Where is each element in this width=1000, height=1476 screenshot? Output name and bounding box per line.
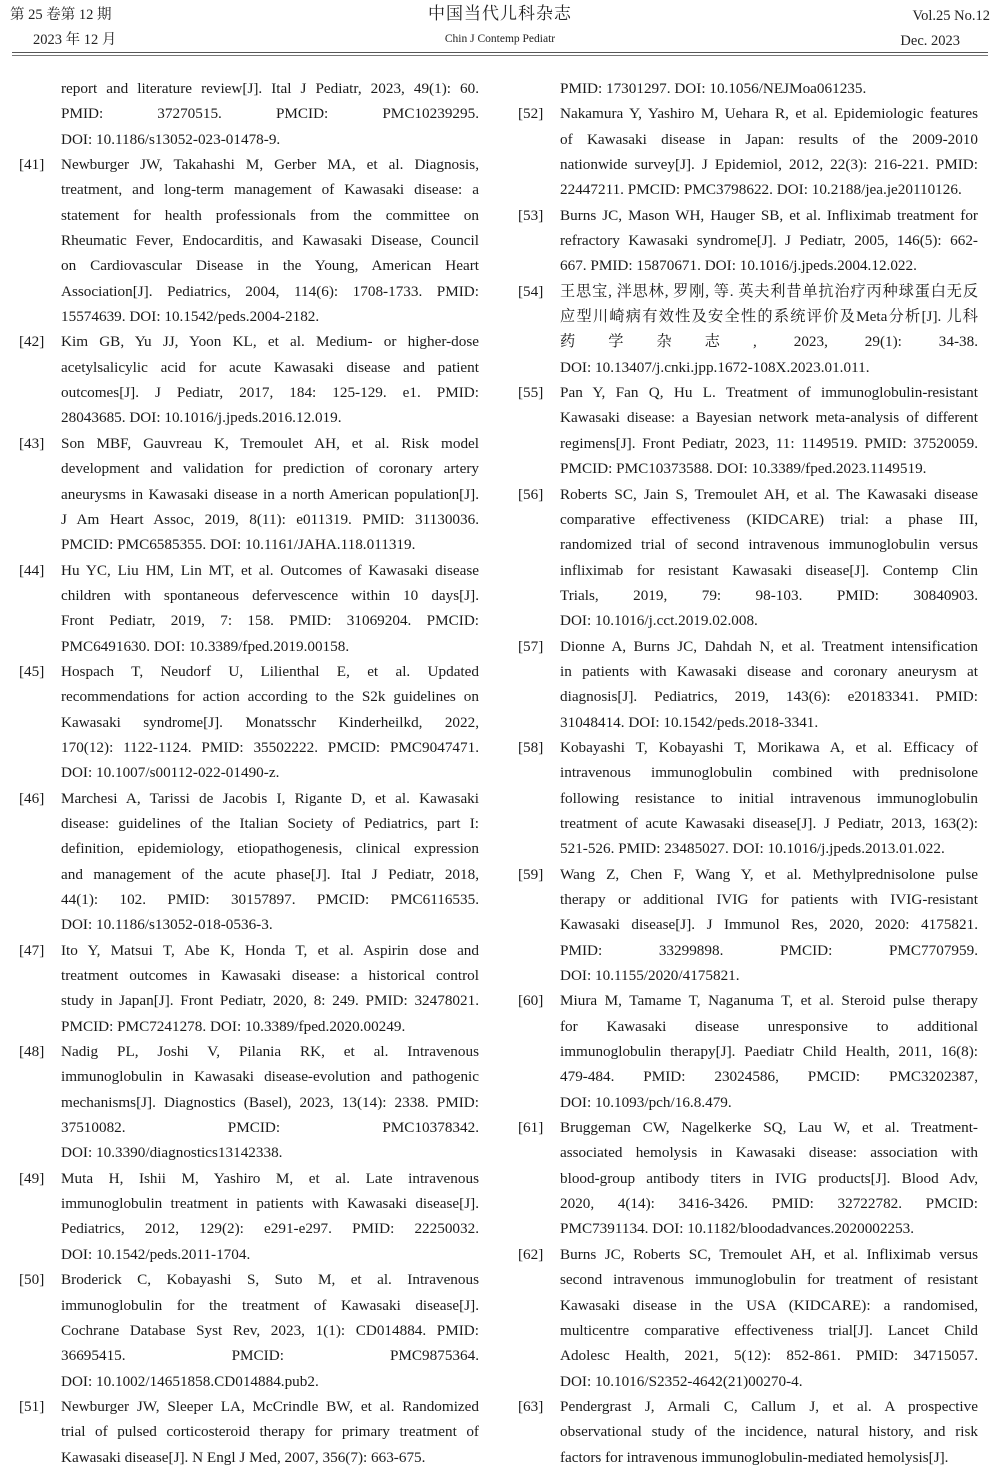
reference-line: Pediatrics, 2012, 129(2): e291-e297. PMI…	[61, 1216, 479, 1241]
reference-line: DOI: 10.1093/pch/16.8.479.	[560, 1090, 978, 1115]
reference-line: comparative effectiveness (KIDCARE) tria…	[560, 507, 978, 532]
reference-item: [56]Roberts SC, Jain S, Tremoulet AH, et…	[518, 482, 978, 634]
reference-line: DOI: 10.1542/peds.2011-1704.	[61, 1242, 479, 1267]
reference-line: treatment outcomes in Kawasaki disease: …	[61, 963, 479, 988]
reference-line: PMCID: PMC10373588. DOI: 10.3389/fped.20…	[560, 456, 978, 481]
reference-number: [43]	[19, 431, 59, 456]
reference-item: PMID: 17301297. DOI: 10.1056/NEJMoa06123…	[518, 76, 978, 101]
reference-line: multicentre comparative effectiveness tr…	[560, 1318, 978, 1343]
journal-title-cn: 中国当代儿科杂志	[0, 5, 1000, 23]
reference-line: DOI: 10.1186/s13052-023-01478-9.	[61, 127, 479, 152]
volume-issue-en: Vol.25 No.12	[913, 7, 990, 25]
reference-line: Broderick C, Kobayashi S, Suto M, et al.…	[61, 1267, 479, 1292]
reference-line: DOI: 10.1016/j.cct.2019.02.008.	[560, 608, 978, 633]
reference-line: Dionne A, Burns JC, Dahdah N, et al. Tre…	[560, 634, 978, 659]
reference-line: DOI: 10.1186/s13052-018-0536-3.	[61, 912, 479, 937]
reference-number: [54]	[518, 279, 558, 304]
reference-line: DOI: 10.3390/diagnostics13142338.	[61, 1140, 479, 1165]
reference-line: infliximab for resistant Kawasaki diseas…	[560, 558, 978, 583]
reference-line: Son MBF, Gauvreau K, Tremoulet AH, et al…	[61, 431, 479, 456]
date-en: Dec. 2023	[900, 32, 960, 50]
reference-item: [46]Marchesi A, Tarissi de Jacobis I, Ri…	[19, 786, 479, 938]
reference-item: [41]Newburger JW, Takahashi M, Gerber MA…	[19, 152, 479, 329]
reference-line: diagnosis[J]. Pediatrics, 2019, 143(6): …	[560, 684, 978, 709]
reference-line: blood-group antibody titers in IVIG prod…	[560, 1166, 978, 1191]
reference-line: Miura M, Tamame T, Naganuma T, et al. St…	[560, 988, 978, 1013]
reference-line: PMID: 33299898. PMCID: PMC7707959.	[560, 938, 978, 963]
header-rule-thick	[12, 52, 988, 53]
reference-line: 667. PMID: 15870671. DOI: 10.1016/j.jped…	[560, 253, 978, 278]
reference-line: Pendergrast J, Armali C, Callum J, et al…	[560, 1394, 978, 1419]
reference-line: PMC6491630. DOI: 10.3389/fped.2019.00158…	[61, 634, 479, 659]
reference-item: [62]Burns JC, Roberts SC, Tremoulet AH, …	[518, 1242, 978, 1394]
reference-line: following resistance to initial intraven…	[560, 786, 978, 811]
reference-number: [44]	[19, 558, 59, 583]
reference-line: Kim GB, Yu JJ, Yoon KL, et al. Medium- o…	[61, 329, 479, 354]
reference-line: 31048414. DOI: 10.1542/peds.2018-3341.	[560, 710, 978, 735]
reference-item: [48]Nadig PL, Joshi V, Pilania RK, et al…	[19, 1039, 479, 1166]
reference-item: [52]Nakamura Y, Yashiro M, Uehara R, et …	[518, 101, 978, 202]
reference-item: [44]Hu YC, Liu HM, Lin MT, et al. Outcom…	[19, 558, 479, 659]
reference-line: regimens[J]. Front Pediatr, 2023, 11: 11…	[560, 431, 978, 456]
reference-line: report and literature review[J]. Ital J …	[61, 76, 479, 101]
reference-number: [55]	[518, 380, 558, 405]
reference-line: disease: guidelines of the Italian Socie…	[61, 811, 479, 836]
reference-line: Kobayashi T, Kobayashi T, Morikawa A, et…	[560, 735, 978, 760]
reference-number: [45]	[19, 659, 59, 684]
reference-line: trial of pulsed corticosteroid therapy f…	[61, 1419, 479, 1444]
reference-line: Rheumatic Fever, Endocarditis, and Kawas…	[61, 228, 479, 253]
reference-number: [53]	[518, 203, 558, 228]
reference-line: Kawasaki disease[J]. N Engl J Med, 2007,…	[61, 1445, 479, 1470]
reference-line: Burns JC, Mason WH, Hauger SB, et al. In…	[560, 203, 978, 228]
reference-number: [48]	[19, 1039, 59, 1064]
reference-item: [45]Hospach T, Neudorf U, Lilienthal E, …	[19, 659, 479, 786]
reference-item: [50]Broderick C, Kobayashi S, Suto M, et…	[19, 1267, 479, 1394]
reference-item: report and literature review[J]. Ital J …	[19, 76, 479, 152]
reference-number: [41]	[19, 152, 59, 177]
reference-line: 应型川崎病有效性及安全性的系统评价及Meta分析[J]. 儿科	[560, 304, 978, 329]
reference-line: 36695415. PMCID: PMC9875364.	[61, 1343, 479, 1368]
reference-line: therapy or additional IVIG for patients …	[560, 887, 978, 912]
reference-line: Newburger JW, Sleeper LA, McCrindle BW, …	[61, 1394, 479, 1419]
page-header: 第 25 卷第 12 期 2023 年 12 月 中国当代儿科杂志 Chin J…	[0, 0, 1000, 56]
reference-line: 15574639. DOI: 10.1542/peds.2004-2182.	[61, 304, 479, 329]
reference-line: intravenous immunoglobulin combined with…	[560, 760, 978, 785]
reference-number: [42]	[19, 329, 59, 354]
reference-item: [60]Miura M, Tamame T, Naganuma T, et al…	[518, 988, 978, 1115]
reference-line: immunoglobulin therapy[J]. Paediatr Chil…	[560, 1039, 978, 1064]
reference-line: children with spontaneous defervescence …	[61, 583, 479, 608]
reference-number: [50]	[19, 1267, 59, 1292]
reference-line: 170(12): 1122-1124. PMID: 35502222. PMCI…	[61, 735, 479, 760]
reference-line: Kawasaki disease: a Bayesian network met…	[560, 405, 978, 430]
reference-line: Hospach T, Neudorf U, Lilienthal E, et a…	[61, 659, 479, 684]
reference-item: [59]Wang Z, Chen F, Wang Y, et al. Methy…	[518, 862, 978, 989]
reference-line: mechanisms[J]. Diagnostics (Basel), 2023…	[61, 1090, 479, 1115]
reference-item: [54]王思宝, 泮思林, 罗刚, 等. 英夫利昔单抗治疗丙种球蛋白无反应型川崎…	[518, 279, 978, 380]
reference-line: 479-484. PMID: 23024586, PMCID: PMC32023…	[560, 1064, 978, 1089]
reference-line: 王思宝, 泮思林, 罗刚, 等. 英夫利昔单抗治疗丙种球蛋白无反	[560, 279, 978, 304]
reference-number: [61]	[518, 1115, 558, 1140]
reference-number: [60]	[518, 988, 558, 1013]
reference-line: Hu YC, Liu HM, Lin MT, et al. Outcomes o…	[61, 558, 479, 583]
reference-line: immunoglobulin in Kawasaki disease-evolu…	[61, 1064, 479, 1089]
reference-line: refractory Kawasaki syndrome[J]. J Pedia…	[560, 228, 978, 253]
reference-number: [49]	[19, 1166, 59, 1191]
reference-line: Kawasaki syndrome[J]. Monatsschr Kinderh…	[61, 710, 479, 735]
reference-line: definition, epidemiology, etiopathogenes…	[61, 836, 479, 861]
reference-line: development and validation for predictio…	[61, 456, 479, 481]
reference-line: aneurysms in Kawasaki disease in a north…	[61, 482, 479, 507]
reference-line: Ito Y, Matsui T, Abe K, Honda T, et al. …	[61, 938, 479, 963]
reference-number: [47]	[19, 938, 59, 963]
reference-line: Adolesc Health, 2021, 5(12): 852-861. PM…	[560, 1343, 978, 1368]
reference-line: on Cardiovascular Disease in the Young, …	[61, 253, 479, 278]
reference-line: nationwide survey[J]. J Epidemiol, 2012,…	[560, 152, 978, 177]
reference-line: treatment, and long-term management of K…	[61, 177, 479, 202]
header-rule-thin	[12, 55, 988, 56]
reference-line: immunoglobulin treatment in patients wit…	[61, 1191, 479, 1216]
reference-line: associated hemolysis in Kawasaki disease…	[560, 1140, 978, 1165]
reference-item: [57]Dionne A, Burns JC, Dahdah N, et al.…	[518, 634, 978, 735]
reference-line: PMCID: PMC7241278. DOI: 10.3389/fped.202…	[61, 1014, 479, 1039]
reference-column-left: report and literature review[J]. Ital J …	[19, 76, 479, 1470]
reference-line: DOI: 10.13407/j.cnki.jpp.1672-108X.2023.…	[560, 355, 978, 380]
reference-line: DOI: 10.1007/s00112-022-01490-z.	[61, 760, 479, 785]
reference-line: 521-526. PMID: 23485027. DOI: 10.1016/j.…	[560, 836, 978, 861]
reference-line: of Kawasaki disease in Japan: results of…	[560, 127, 978, 152]
reference-number: [56]	[518, 482, 558, 507]
reference-item: [49]Muta H, Ishii M, Yashiro M, et al. L…	[19, 1166, 479, 1267]
reference-line: Kawasaki disease[J]. J Immunol Res, 2020…	[560, 912, 978, 937]
reference-item: [47]Ito Y, Matsui T, Abe K, Honda T, et …	[19, 938, 479, 1039]
reference-line: statement for health professionals from …	[61, 203, 479, 228]
reference-line: outcomes[J]. J Pediatr, 2017, 184: 125-1…	[61, 380, 479, 405]
journal-title-en: Chin J Contemp Pediatr	[0, 30, 1000, 48]
reference-item: [61]Bruggeman CW, Nagelkerke SQ, Lau W, …	[518, 1115, 978, 1242]
reference-line: DOI: 10.1002/14651858.CD014884.pub2.	[61, 1369, 479, 1394]
reference-line: Burns JC, Roberts SC, Tremoulet AH, et a…	[560, 1242, 978, 1267]
reference-line: 药学杂志, 2023, 29(1): 34-38.	[560, 329, 978, 354]
reference-line: Bruggeman CW, Nagelkerke SQ, Lau W, et a…	[560, 1115, 978, 1140]
reference-line: PMC7391134. DOI: 10.1182/bloodadvances.2…	[560, 1216, 978, 1241]
reference-number: [52]	[518, 101, 558, 126]
reference-item: [51]Newburger JW, Sleeper LA, McCrindle …	[19, 1394, 479, 1470]
reference-number: [63]	[518, 1394, 558, 1419]
reference-column-right: PMID: 17301297. DOI: 10.1056/NEJMoa06123…	[518, 76, 978, 1470]
reference-line: Pan Y, Fan Q, Hu L. Treatment of immunog…	[560, 380, 978, 405]
reference-line: Association[J]. Pediatrics, 2004, 114(6)…	[61, 279, 479, 304]
reference-line: 44(1): 102. PMID: 30157897. PMCID: PMC61…	[61, 887, 479, 912]
reference-line: immunoglobulin for the treatment of Kawa…	[61, 1293, 479, 1318]
reference-line: and management of the acute phase[J]. It…	[61, 862, 479, 887]
reference-item: [53]Burns JC, Mason WH, Hauger SB, et al…	[518, 203, 978, 279]
reference-line: Muta H, Ishii M, Yashiro M, et al. Late …	[61, 1166, 479, 1191]
reference-line: Roberts SC, Jain S, Tremoulet AH, et al.…	[560, 482, 978, 507]
reference-line: 28043685. DOI: 10.1016/j.jpeds.2016.12.0…	[61, 405, 479, 430]
reference-line: observational study of the incidence, na…	[560, 1419, 978, 1444]
reference-number: [59]	[518, 862, 558, 887]
reference-line: Nadig PL, Joshi V, Pilania RK, et al. In…	[61, 1039, 479, 1064]
reference-line: Trials, 2019, 79: 98-103. PMID: 30840903…	[560, 583, 978, 608]
reference-number: [57]	[518, 634, 558, 659]
reference-number: [51]	[19, 1394, 59, 1419]
reference-number: [46]	[19, 786, 59, 811]
reference-line: recommendations for action according to …	[61, 684, 479, 709]
reference-line: PMID: 17301297. DOI: 10.1056/NEJMoa06123…	[560, 76, 978, 101]
reference-line: factors for intravenous immunoglobulin-m…	[560, 1445, 978, 1470]
reference-line: for Kawasaki disease unresponsive to add…	[560, 1014, 978, 1039]
reference-line: 2020, 4(14): 3416-3426. PMID: 32722782. …	[560, 1191, 978, 1216]
reference-line: PMCID: PMC6585355. DOI: 10.1161/JAHA.118…	[61, 532, 479, 557]
reference-line: Marchesi A, Tarissi de Jacobis I, Rigant…	[61, 786, 479, 811]
reference-number: [58]	[518, 735, 558, 760]
reference-line: acetylsalicylic acid for acute Kawasaki …	[61, 355, 479, 380]
reference-line: J Am Heart Assoc, 2019, 8(11): e011319. …	[61, 507, 479, 532]
reference-line: 37510082. PMCID: PMC10378342.	[61, 1115, 479, 1140]
reference-line: second intravenous immunoglobulin for tr…	[560, 1267, 978, 1292]
reference-line: 22447211. PMCID: PMC3798622. DOI: 10.218…	[560, 177, 978, 202]
reference-line: Front Pediatr, 2019, 7: 158. PMID: 31069…	[61, 608, 479, 633]
reference-line: DOI: 10.1016/S2352-4642(21)00270-4.	[560, 1369, 978, 1394]
reference-line: PMID: 37270515. PMCID: PMC10239295.	[61, 101, 479, 126]
reference-number: [62]	[518, 1242, 558, 1267]
reference-line: randomized trial of second intravenous i…	[560, 532, 978, 557]
reference-line: study in Japan[J]. Front Pediatr, 2020, …	[61, 988, 479, 1013]
reference-line: Wang Z, Chen F, Wang Y, et al. Methylpre…	[560, 862, 978, 887]
reference-item: [63]Pendergrast J, Armali C, Callum J, e…	[518, 1394, 978, 1470]
reference-item: [43]Son MBF, Gauvreau K, Tremoulet AH, e…	[19, 431, 479, 558]
reference-line: Nakamura Y, Yashiro M, Uehara R, et al. …	[560, 101, 978, 126]
reference-item: [58]Kobayashi T, Kobayashi T, Morikawa A…	[518, 735, 978, 862]
reference-line: Newburger JW, Takahashi M, Gerber MA, et…	[61, 152, 479, 177]
reference-line: Cochrane Database Syst Rev, 2023, 1(1): …	[61, 1318, 479, 1343]
reference-item: [42]Kim GB, Yu JJ, Yoon KL, et al. Mediu…	[19, 329, 479, 430]
reference-item: [55]Pan Y, Fan Q, Hu L. Treatment of imm…	[518, 380, 978, 481]
reference-line: DOI: 10.1155/2020/4175821.	[560, 963, 978, 988]
reference-line: in patients with Kawasaki disease and co…	[560, 659, 978, 684]
reference-line: treatment of acute Kawasaki disease[J]. …	[560, 811, 978, 836]
reference-line: Kawasaki disease in the USA (KIDCARE): a…	[560, 1293, 978, 1318]
